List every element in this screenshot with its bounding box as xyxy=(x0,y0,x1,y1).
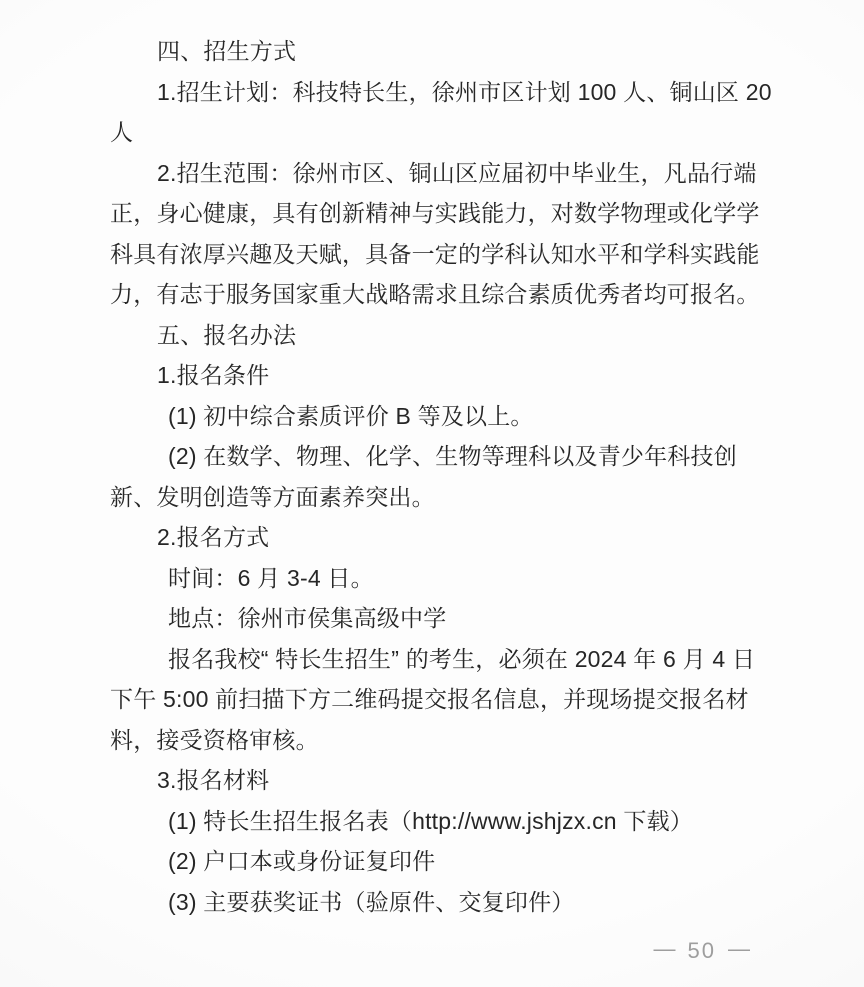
text-line: (1) 特长生招生报名表（http://www.jshjzx.cn 下载） xyxy=(110,801,756,842)
text-line: 时间：6 月 3-4 日。 xyxy=(110,558,756,599)
text-line: 1.招生计划：科技特长生，徐州市区计划 100 人、铜山区 20 xyxy=(110,72,756,113)
text-line: 新、发明创造等方面素养突出。 xyxy=(110,477,756,518)
text-line: 下午 5:00 前扫描下方二维码提交报名信息，并现场提交报名材 xyxy=(110,679,756,720)
text-line: 地点：徐州市侯集高级中学 xyxy=(110,598,756,639)
page-footer: —50— xyxy=(654,938,750,964)
text-line: 2.招生范围：徐州市区、铜山区应届初中毕业生，凡品行端 xyxy=(110,153,756,194)
text-line: 2.报名方式 xyxy=(110,517,756,558)
text-line: 力，有志于服务国家重大战略需求且综合素质优秀者均可报名。 xyxy=(110,274,756,315)
text-line: (2) 户口本或身份证复印件 xyxy=(110,841,756,882)
text-line: (2) 在数学、物理、化学、生物等理科以及青少年科技创 xyxy=(110,436,756,477)
text-line: 科具有浓厚兴趣及天赋，具备一定的学科认知水平和学科实践能 xyxy=(110,234,756,275)
text-line: 料，接受资格审核。 xyxy=(110,720,756,761)
document-page: 四、招生方式1.招生计划：科技特长生，徐州市区计划 100 人、铜山区 20人2… xyxy=(0,0,864,987)
document-body: 四、招生方式1.招生计划：科技特长生，徐州市区计划 100 人、铜山区 20人2… xyxy=(110,31,756,922)
text-line: (3) 主要获奖证书（验原件、交复印件） xyxy=(110,882,756,923)
text-line: 人 xyxy=(110,112,756,153)
text-line: 报名我校“ 特长生招生” 的考生，必须在 2024 年 6 月 4 日 xyxy=(110,639,756,680)
text-line: 1.报名条件 xyxy=(110,355,756,396)
text-line: 五、报名办法 xyxy=(110,315,756,356)
footer-dash-right: — xyxy=(728,936,750,961)
page-number: 50 xyxy=(688,938,716,963)
text-line: (1) 初中综合素质评价 B 等及以上。 xyxy=(110,396,756,437)
text-line: 正，身心健康，具有创新精神与实践能力，对数学物理或化学学 xyxy=(110,193,756,234)
text-line: 3.报名材料 xyxy=(110,760,756,801)
text-line: 四、招生方式 xyxy=(110,31,756,72)
footer-dash-left: — xyxy=(654,936,676,961)
